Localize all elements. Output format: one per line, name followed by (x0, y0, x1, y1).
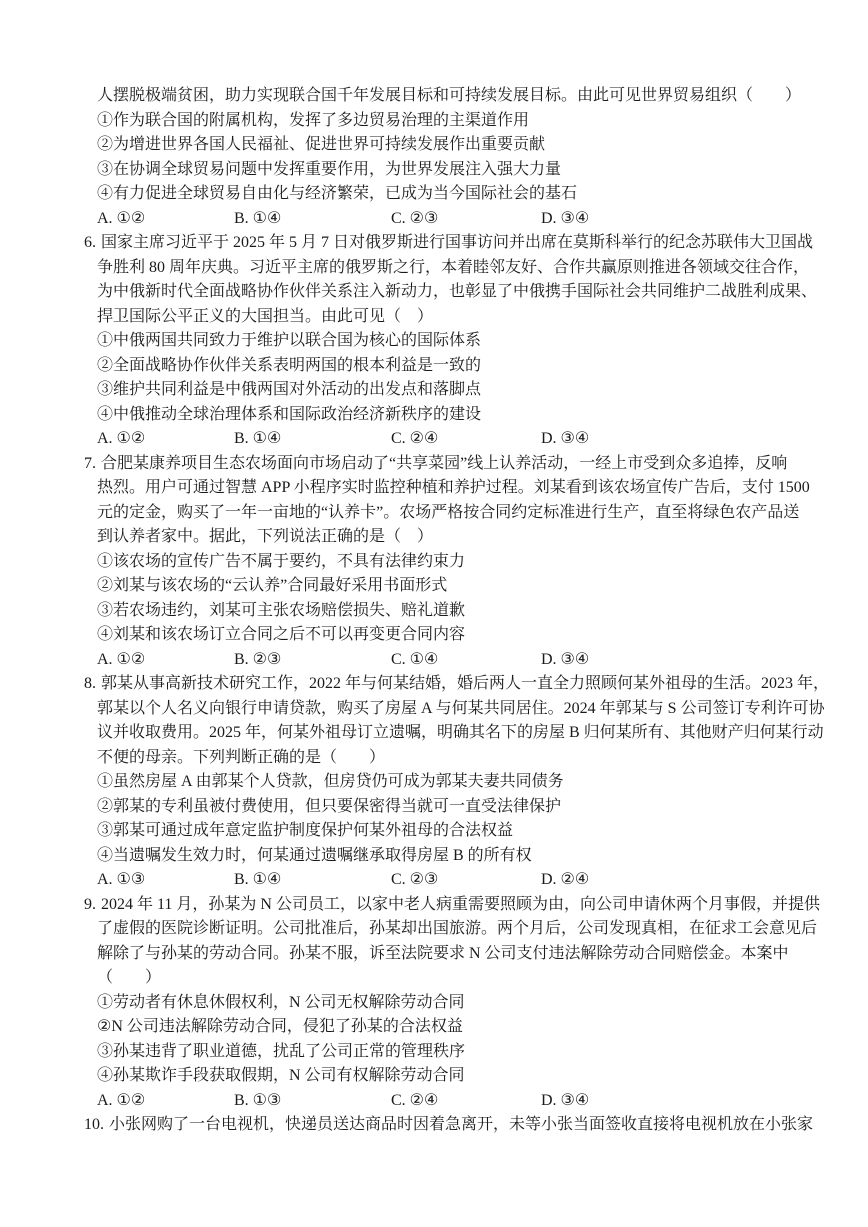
question-9: 9.2024 年 11 月，孙某为 N 公司员工，以家中老人病重需要照顾为由，向… (97, 893, 797, 1114)
option-item: ①作为联合国的附属机构，发挥了多边贸易治理的主渠道作用 (97, 109, 797, 134)
exam-text-column: 人摆脱极端贫困，助力实现联合国千年发展目标和可持续发展目标。由此可见世界贸易组织… (97, 84, 797, 1138)
choice-b: B. ①④ (234, 427, 281, 452)
stem-line: 8.郭某从事高新技术研究工作，2022 年与何某结婚，婚后两人一直全力照顾何某外… (84, 672, 797, 697)
option-item: ①虽然房屋 A 由郭某个人贷款，但房贷仍可成为郭某夫妻共同债务 (97, 770, 797, 795)
stem-line: 解除了与孙某的劳动合同。孙某不服，诉至法院要求 N 公司支付违法解除劳动合同赔偿… (97, 942, 797, 967)
choice-d: D. ②④ (541, 868, 589, 893)
stem-line: 9.2024 年 11 月，孙某为 N 公司员工，以家中老人病重需要照顾为由，向… (84, 893, 797, 918)
choice-d: D. ③④ (541, 427, 589, 452)
option-item: ③在协调全球贸易问题中发挥重要作用，为世界发展注入强大力量 (97, 158, 797, 183)
choice-d: D. ③④ (541, 207, 589, 232)
stem-text: 郭某从事高新技术研究工作，2022 年与何某结婚，婚后两人一直全力照顾何某外祖母… (101, 675, 829, 692)
stem-line: 议并收取费用。2025 年，何某外祖母订立遗嘱，明确其名下的房屋 B 归何某所有… (97, 721, 797, 746)
option-item: ②全面战略协作伙伴关系表明两国的根本利益是一致的 (97, 354, 797, 379)
stem-text: 2024 年 11 月，孙某为 N 公司员工，以家中老人病重需要照顾为由，向公司… (101, 896, 820, 913)
choice-b: B. ②③ (234, 648, 281, 673)
question-7: 7.合肥某康养项目生态农场面向市场启动了“共享菜园”线上认养活动，一经上市受到众… (97, 452, 797, 673)
option-item: ①劳动者有休息休假权利，N 公司无权解除劳动合同 (97, 991, 797, 1016)
option-item: ①中俄两国共同致力于维护以联合国为核心的国际体系 (97, 329, 797, 354)
choice-a: A. ①② (97, 427, 145, 452)
question-5-continuation: 人摆脱极端贫困，助力实现联合国千年发展目标和可持续发展目标。由此可见世界贸易组织… (97, 84, 797, 231)
question-number: 6. (84, 234, 96, 251)
choice-b: B. ①④ (234, 868, 281, 893)
stem-line: 争胜利 80 周年庆典。习近平主席的俄罗斯之行，本着睦邻友好、合作共赢原则推进各… (97, 256, 797, 281)
stem-line: 不便的母亲。下列判断正确的是（ ） (97, 746, 797, 771)
stem-text: 国家主席习近平于 2025 年 5 月 7 日对俄罗斯进行国事访问并出席在莫斯科… (101, 234, 813, 251)
choice-a: A. ①② (97, 207, 145, 232)
question-number: 8. (84, 675, 96, 692)
option-item: ②N 公司违法解除劳动合同，侵犯了孙某的合法权益 (97, 1015, 797, 1040)
option-item: ④孙某欺诈手段获取假期，N 公司有权解除劳动合同 (97, 1064, 797, 1089)
stem-line: 了虚假的医院诊断证明。公司批准后，孙某却出国旅游。两个月后，公司发现真相，在征求… (97, 917, 797, 942)
choice-c: C. ②③ (391, 868, 438, 893)
question-6: 6.国家主席习近平于 2025 年 5 月 7 日对俄罗斯进行国事访问并出席在莫… (97, 231, 797, 452)
choice-c: C. ②④ (391, 1089, 438, 1114)
stem-line: 郭某以个人名义向银行申请贷款，购买了房屋 A 与何某共同居住。2024 年郭某与… (97, 697, 797, 722)
exam-page: 人摆脱极端贫困，助力实现联合国千年发展目标和可持续发展目标。由此可见世界贸易组织… (0, 0, 868, 1227)
question-number: 9. (84, 896, 96, 913)
answer-choices-row: A. ①② B. ①④ C. ②③ D. ③④ (97, 207, 797, 232)
option-item: ③郭某可通过成年意定监护制度保护何某外祖母的合法权益 (97, 819, 797, 844)
stem-line: 到认养者家中。据此，下列说法正确的是（ ） (97, 525, 797, 550)
stem-line: 元的定金，购买了一年一亩地的“认养卡”。农场严格按合同约定标准进行生产，直至将绿… (97, 501, 797, 526)
answer-choices-row: A. ①② B. ②③ C. ①④ D. ③④ (97, 648, 797, 673)
stem-text: 小张网购了一台电视机，快递员送达商品时因着急离开，未等小张当面签收直接将电视机放… (109, 1116, 813, 1133)
choice-b: B. ①④ (234, 207, 281, 232)
question-number: 7. (84, 455, 96, 472)
option-item: ④当遗嘱发生效力时，何某通过遗嘱继承取得房屋 B 的所有权 (97, 844, 797, 869)
choice-c: C. ①④ (391, 648, 438, 673)
answer-choices-row: A. ①③ B. ①④ C. ②③ D. ②④ (97, 868, 797, 893)
stem-line: 为中俄新时代全面战略协作伙伴关系注入新动力，也彰显了中俄携手国际社会共同维护二战… (97, 280, 797, 305)
option-item: ③若农场违约，刘某可主张农场赔偿损失、赔礼道歉 (97, 599, 797, 624)
stem-line: 热烈。用户可通过智慧 APP 小程序实时监控种植和养护过程。刘某看到该农场宣传广… (97, 476, 797, 501)
option-item: ②刘某与该农场的“云认养”合同最好采用书面形式 (97, 574, 797, 599)
answer-choices-row: A. ①② B. ①③ C. ②④ D. ③④ (97, 1089, 797, 1114)
choice-a: A. ①③ (97, 868, 145, 893)
stem-text: 合肥某康养项目生态农场面向市场启动了“共享菜园”线上认养活动，一经上市受到众多追… (101, 455, 787, 472)
option-item: ④有力促进全球贸易自由化与经济繁荣，已成为当今国际社会的基石 (97, 182, 797, 207)
choice-b: B. ①③ (234, 1089, 281, 1114)
question-10: 10.小张网购了一台电视机，快递员送达商品时因着急离开，未等小张当面签收直接将电… (97, 1113, 797, 1138)
choice-d: D. ③④ (541, 648, 589, 673)
stem-line: 捍卫国际公平正义的大国担当。由此可见（ ） (97, 305, 797, 330)
question-number: 10. (84, 1116, 104, 1133)
stem-line: （ ） (97, 966, 797, 991)
option-item: ④中俄推动全球治理体系和国际政治经济新秩序的建设 (97, 403, 797, 428)
option-item: ③孙某违背了职业道德，扰乱了公司正常的管理秩序 (97, 1040, 797, 1065)
option-item: ②郭某的专利虽被付费使用，但只要保密得当就可一直受法律保护 (97, 795, 797, 820)
question-8: 8.郭某从事高新技术研究工作，2022 年与何某结婚，婚后两人一直全力照顾何某外… (97, 672, 797, 893)
option-item: ①该农场的宣传广告不属于要约，不具有法律约束力 (97, 550, 797, 575)
stem-line: 10.小张网购了一台电视机，快递员送达商品时因着急离开，未等小张当面签收直接将电… (84, 1113, 797, 1138)
stem-line: 6.国家主席习近平于 2025 年 5 月 7 日对俄罗斯进行国事访问并出席在莫… (84, 231, 797, 256)
answer-choices-row: A. ①② B. ①④ C. ②④ D. ③④ (97, 427, 797, 452)
option-item: ④刘某和该农场订立合同之后不可以再变更合同内容 (97, 623, 797, 648)
option-item: ③维护共同利益是中俄两国对外活动的出发点和落脚点 (97, 378, 797, 403)
choice-d: D. ③④ (541, 1089, 589, 1114)
choice-c: C. ②③ (391, 207, 438, 232)
choice-a: A. ①② (97, 648, 145, 673)
choice-c: C. ②④ (391, 427, 438, 452)
stem-line: 人摆脱极端贫困，助力实现联合国千年发展目标和可持续发展目标。由此可见世界贸易组织… (97, 84, 797, 109)
stem-line: 7.合肥某康养项目生态农场面向市场启动了“共享菜园”线上认养活动，一经上市受到众… (84, 452, 797, 477)
option-item: ②为增进世界各国人民福祉、促进世界可持续发展作出重要贡献 (97, 133, 797, 158)
choice-a: A. ①② (97, 1089, 145, 1114)
